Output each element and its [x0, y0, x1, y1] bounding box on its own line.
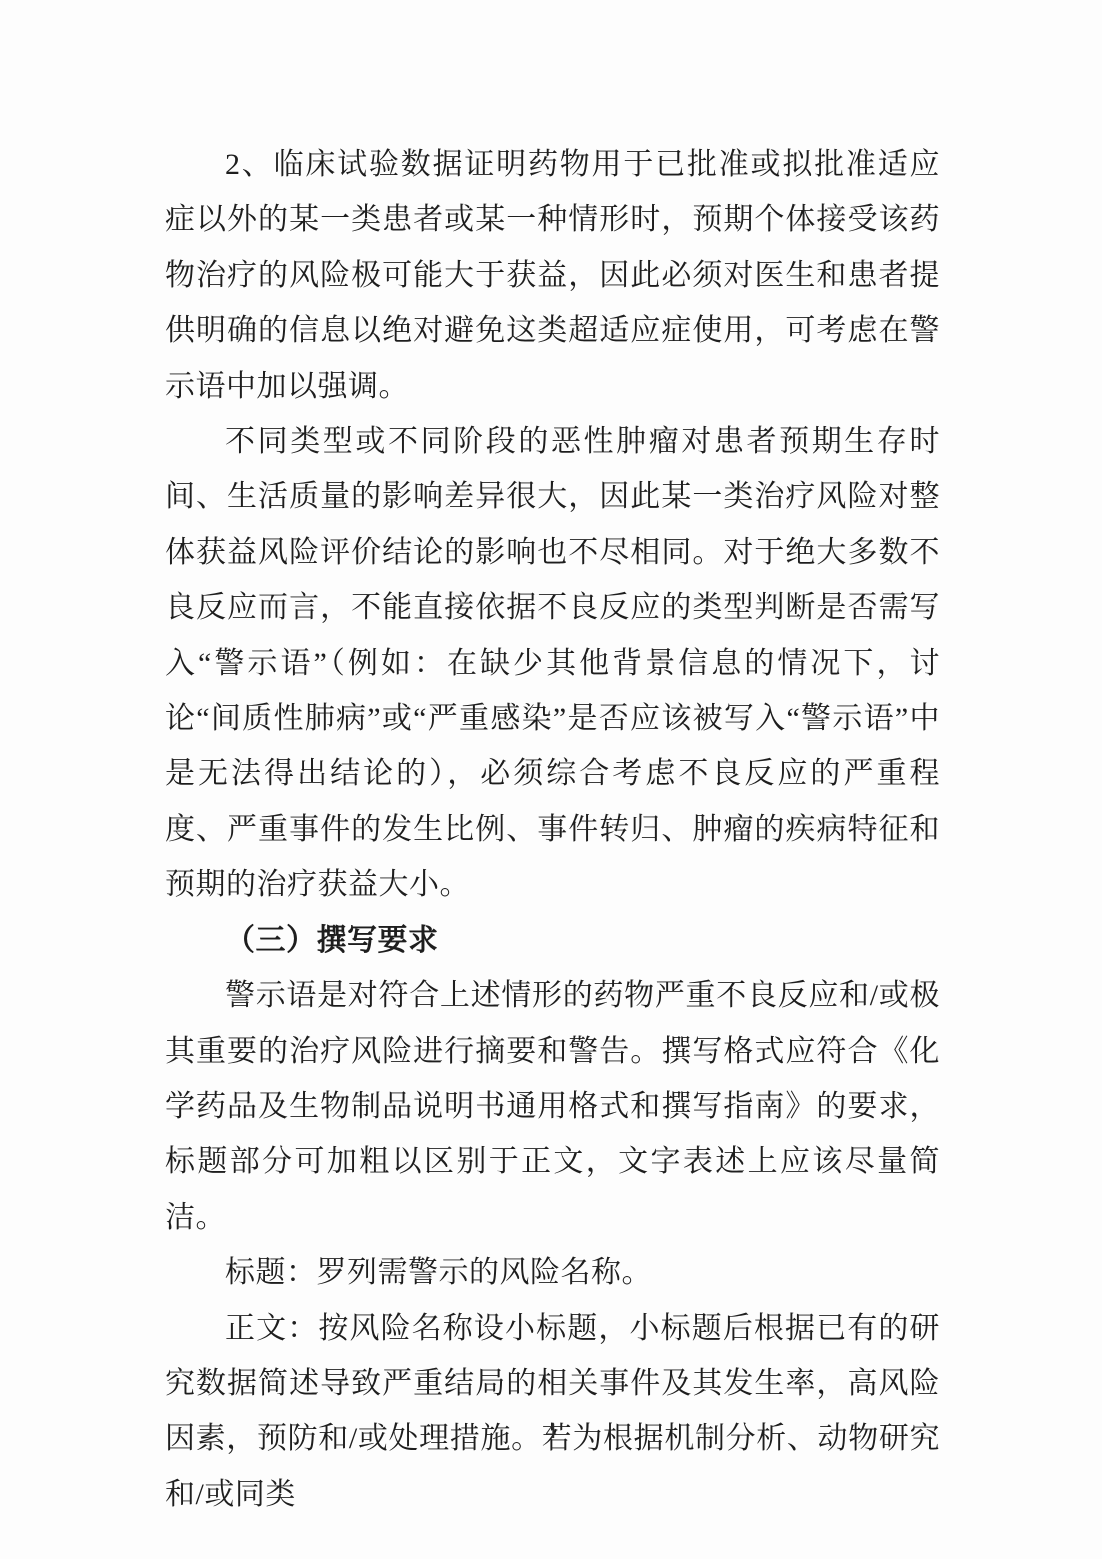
paragraph-warning-summary: 警示语是对符合上述情形的药物严重不良反应和/或极其重要的治疗风险进行摘要和警告。…: [165, 968, 940, 1245]
section-heading-writing-requirements: （三）撰写要求: [165, 913, 940, 968]
paragraph-title-rule: 标题：罗列需警示的风险名称。: [165, 1245, 940, 1300]
paragraph-main-text-rule: 正文：按风险名称设小标题，小标题后根据已有的研究数据简述导致严重结局的相关事件及…: [165, 1301, 940, 1523]
paragraph-clinical-trial-data: 2、临床试验数据证明药物用于已批准或拟批准适应症以外的某一类患者或某一种情形时，…: [165, 137, 940, 414]
document-body: 2、临床试验数据证明药物用于已批准或拟批准适应症以外的某一类患者或某一种情形时，…: [165, 137, 940, 1522]
page-number: 4: [0, 1418, 1102, 1444]
document-page: 2、临床试验数据证明药物用于已批准或拟批准适应症以外的某一类患者或某一种情形时，…: [0, 0, 1102, 1559]
paragraph-tumor-risk-benefit: 不同类型或不同阶段的恶性肿瘤对患者预期生存时间、生活质量的影响差异很大，因此某一…: [165, 414, 940, 913]
